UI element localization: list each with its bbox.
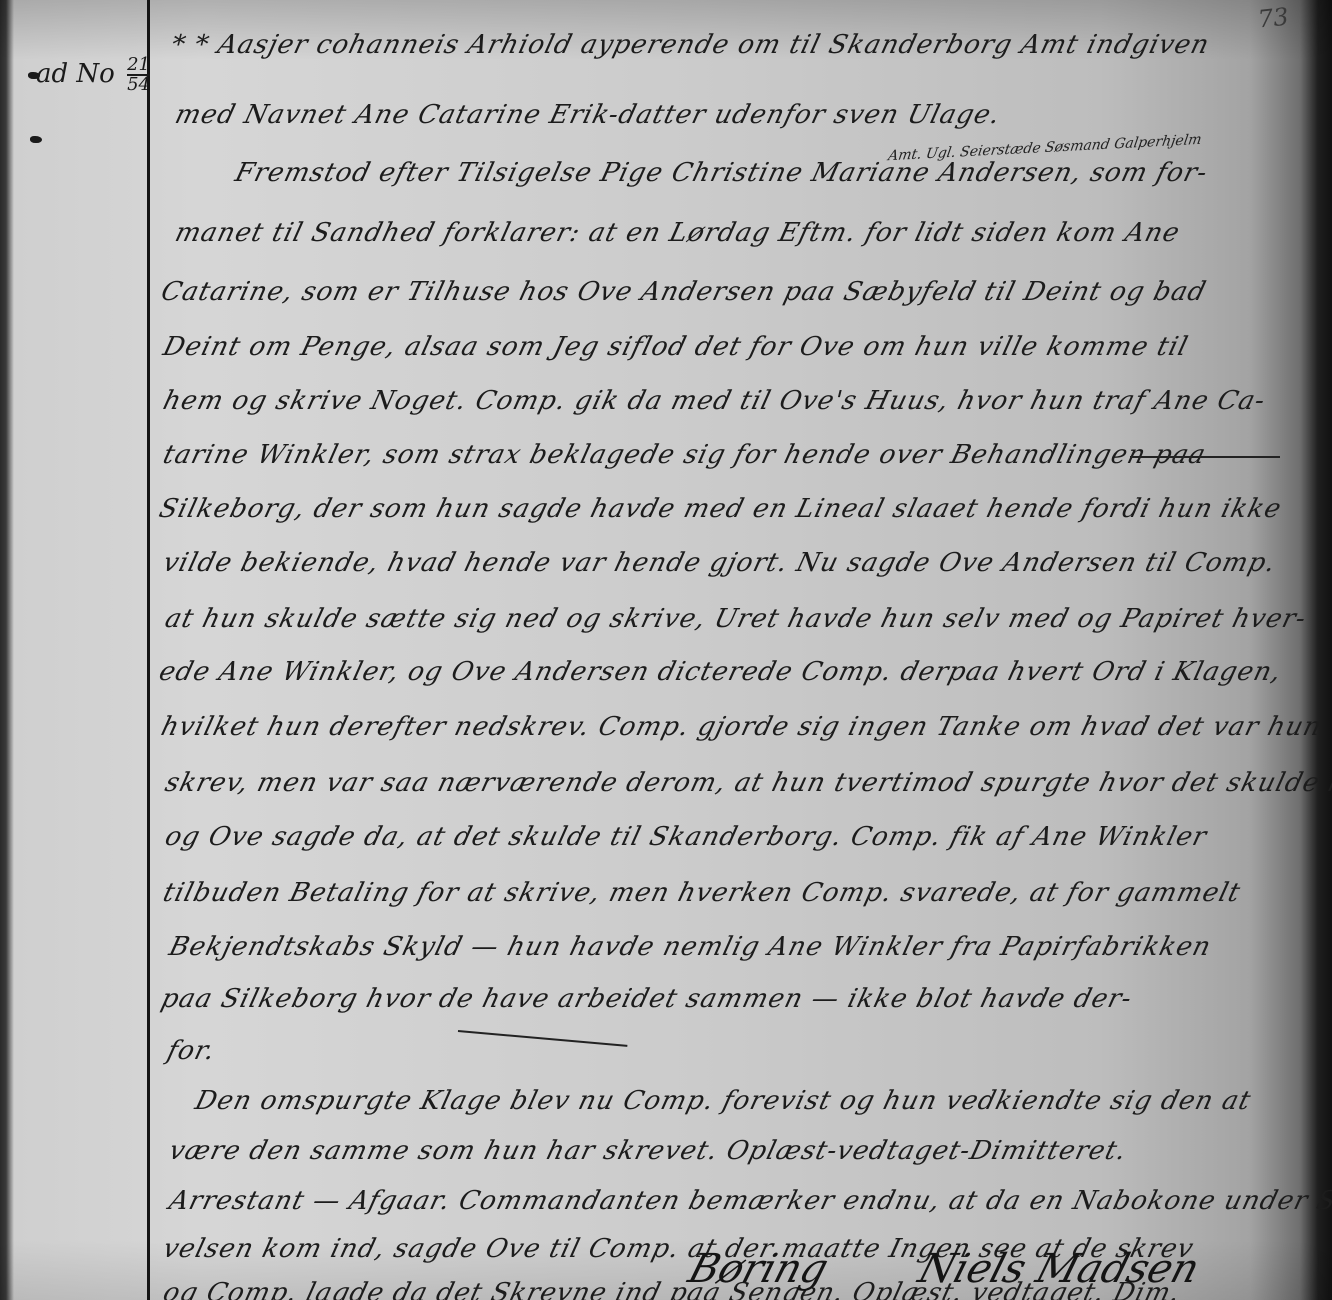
- page-number: 73: [1257, 2, 1290, 33]
- manuscript-line: * * Aasjer cohanneis Arhiold ayperende o…: [168, 30, 1213, 60]
- fraction-denominator: 54: [127, 76, 150, 94]
- manuscript-line: ede Ane Winkler, og Ove Andersen dictere…: [156, 657, 1285, 687]
- margin-note-label: ad No: [36, 59, 115, 89]
- manuscript-line: Arrestant — Afgaar. Commandanten bemærke…: [166, 1186, 1332, 1216]
- manuscript-line: skrev, men var saa nærværende derom, at …: [162, 768, 1332, 798]
- manuscript-line: for.: [164, 1036, 219, 1066]
- manuscript-line: hvilket hun derefter nedskrev. Comp. gjo…: [158, 712, 1325, 742]
- manuscript-line: Den omspurgte Klage blev nu Comp. forevi…: [192, 1086, 1254, 1116]
- manuscript-line: og Ove sagde da, at det skulde til Skand…: [162, 822, 1210, 852]
- margin-note-fraction: 21 54: [127, 56, 150, 94]
- manuscript-line: vilde bekiende, hvad hende var hende gjo…: [160, 548, 1279, 578]
- manuscript-line: med Navnet Ane Catarine Erik-datter uden…: [172, 100, 1004, 130]
- signature-niels-madsen: Niels Madsen: [913, 1246, 1204, 1292]
- manuscript-line: Catarine, som er Tilhuse hos Ove Anderse…: [158, 277, 1209, 307]
- margin-ink-mark: [30, 136, 42, 143]
- signature-boring: Børing: [683, 1246, 833, 1292]
- manuscript-line: hem og skrive Noget. Comp. gik da med ti…: [160, 386, 1269, 416]
- left-margin-rule: [147, 0, 150, 1300]
- manuscript-line: paa Silkeborg hvor de have arbeidet samm…: [158, 984, 1135, 1014]
- margin-reference-note: ad No 21 54: [36, 56, 150, 94]
- manuscript-line: tarine Winkler, som strax beklagede sig …: [160, 440, 1209, 470]
- manuscript-line: manet til Sandhed forklarer: at en Lørda…: [172, 218, 1183, 248]
- manuscript-line: Deint om Penge, alsaa som Jeg siflod det…: [160, 332, 1191, 362]
- correction-line: [458, 1030, 628, 1047]
- manuscript-line: Bekjendtskabs Skyld — hun havde nemlig A…: [166, 932, 1215, 962]
- fraction-numerator: 21: [127, 56, 150, 76]
- manuscript-line: være den samme som hun har skrevet. Oplæ…: [166, 1136, 1130, 1166]
- manuscript-line: Silkeborg, der som hun sagde havde med e…: [156, 494, 1285, 524]
- strikethrough-mark: [1130, 456, 1280, 458]
- manuscript-line: tilbuden Betaling for at skrive, men hve…: [160, 878, 1244, 908]
- manuscript-line: at hun skulde sætte sig ned og skrive, U…: [162, 604, 1310, 634]
- scanned-manuscript-page: 73 ad No 21 54 Amt. Ugl. Seierstæde Søsm…: [0, 0, 1332, 1300]
- manuscript-line: Fremstod efter Tilsigelse Pige Christine…: [232, 158, 1211, 188]
